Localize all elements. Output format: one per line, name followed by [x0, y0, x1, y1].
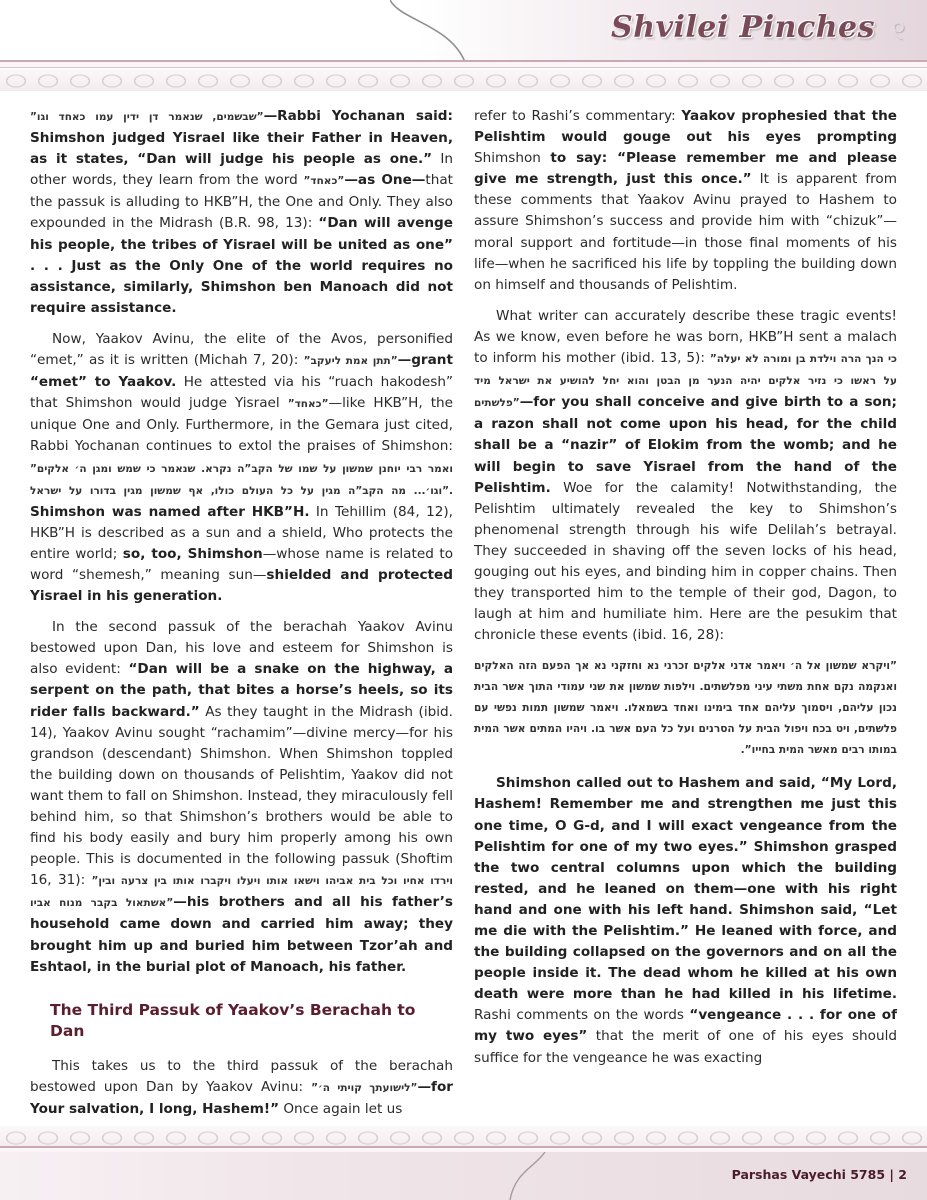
- paragraph-3: In the second passuk of the berachah Yaa…: [30, 617, 453, 978]
- page-footer: Parshas Vayechi 5785 | 2: [0, 1152, 927, 1200]
- body-text: Woe for the calamity! Notwithstanding, t…: [474, 480, 897, 644]
- body-text: It is apparent from these comments that …: [474, 171, 897, 292]
- paragraph-5: refer to Rashi’s commentary: Yaakov prop…: [474, 106, 897, 296]
- hebrew-quote: ”כאחד”: [304, 175, 345, 187]
- hebrew-quote: ”כאחד”: [288, 398, 329, 410]
- paragraph-1: ”שבשמים, שנאמר דן ידין עמו כאחד וגו”—Rab…: [30, 106, 453, 319]
- body-text: Once again let us: [279, 1101, 402, 1117]
- header-ornament-border: [0, 69, 927, 91]
- section-heading: The Third Passuk of Yaakov’s Berachah to…: [50, 1000, 453, 1042]
- paragraph-2: Now, Yaakov Avinu, the elite of the Avos…: [30, 329, 453, 607]
- bold-text: Shimshon called out to Hashem and said, …: [474, 775, 897, 1002]
- paragraph-4: This takes us to the third passuk of the…: [30, 1056, 453, 1120]
- decorative-curve-icon: [505, 1152, 565, 1200]
- bold-text: Shimshon was named after HKB”H.: [30, 504, 309, 520]
- hebrew-quote: ”לישועתך קויתי ה׳”: [311, 1082, 417, 1094]
- bold-text: —as One—: [344, 172, 425, 188]
- paragraph-6: What writer can accurately describe thes…: [474, 306, 897, 647]
- paragraph-7: Shimshon called out to Hashem and said, …: [474, 773, 897, 1068]
- body-text: As they taught in the Midrash (ibid. 14)…: [30, 704, 453, 889]
- right-column: refer to Rashi’s commentary: Yaakov prop…: [474, 106, 897, 1079]
- decorative-curve-icon: [390, 0, 510, 62]
- masthead-title: Shvilei Pinches: [611, 10, 875, 45]
- page-header: Shvilei Pinches ୧: [0, 0, 927, 62]
- left-column: ”שבשמים, שנאמר דן ידין עמו כאחד וגו”—Rab…: [30, 106, 453, 1130]
- footer-ornament-border: [0, 1126, 927, 1148]
- masthead-ornament-icon: ୧: [891, 16, 905, 47]
- hebrew-quote: ”ואמר רבי יוחנן שמשון על שמו של הקב”ה נק…: [30, 463, 453, 497]
- body-text: Rashi comments on the words: [474, 1007, 689, 1023]
- hebrew-quote: ”תתן אמת ליעקב”: [304, 355, 398, 367]
- header-rule: [0, 60, 927, 68]
- body-text: refer to Rashi’s commentary:: [474, 108, 681, 124]
- hebrew-quote: ”שבשמים, שנאמר דן ידין עמו כאחד וגו”: [30, 111, 264, 123]
- body-text: Shimshon: [474, 150, 550, 166]
- page-footer-label: Parshas Vayechi 5785 | 2: [732, 1167, 907, 1182]
- bold-text: so, too, Shimshon: [123, 546, 263, 562]
- hebrew-block-quote: ”ויקרא שמשון אל ה׳ ויאמר אדני אלקים זכרנ…: [474, 656, 897, 761]
